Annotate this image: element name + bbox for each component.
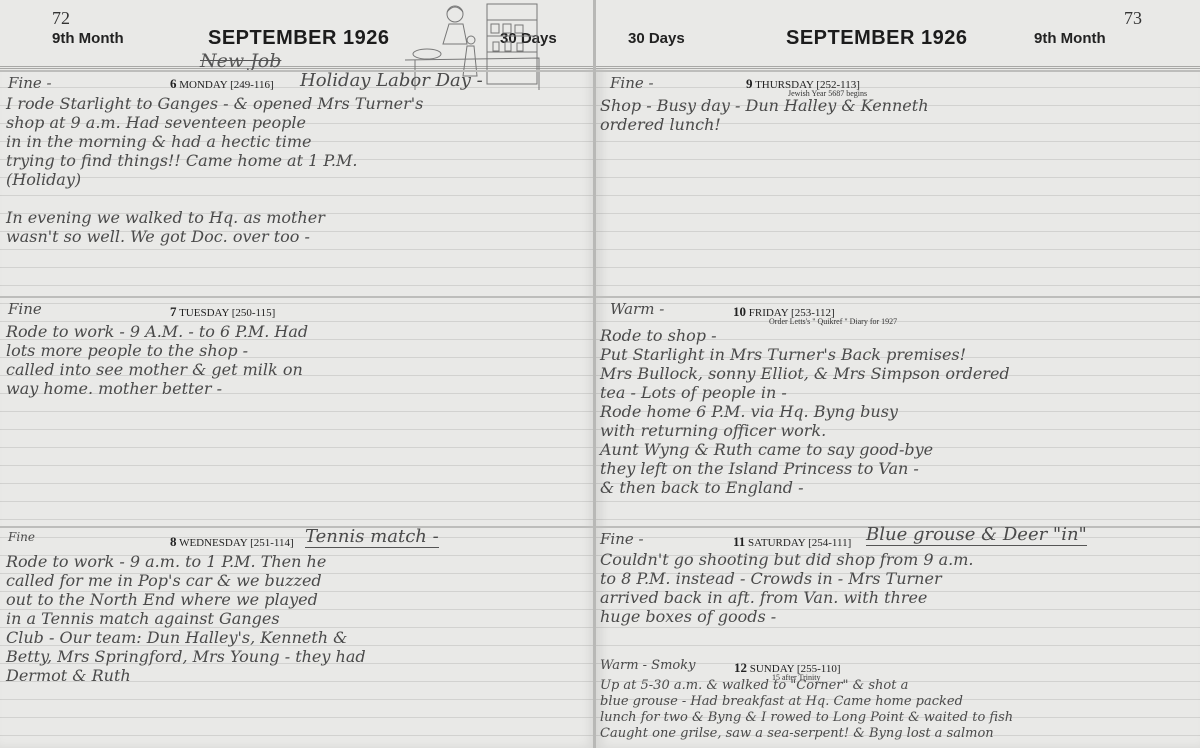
weekday: MONDAY xyxy=(179,79,227,91)
entry-text: Couldn't go shooting but did shop from 9… xyxy=(600,550,1195,626)
page-number: 73 xyxy=(1124,8,1142,29)
day-number: 12 xyxy=(734,660,747,675)
diary-entry-wednesday: Fine 8 WEDNESDAY [251-114] Tennis match … xyxy=(0,526,596,748)
month-label: 9th Month xyxy=(52,30,124,47)
day-number: 10 xyxy=(733,304,746,319)
weather-note: Fine - xyxy=(610,74,654,92)
day-count: [251-114] xyxy=(250,537,294,549)
day-heading: 7 TUESDAY [250-115] xyxy=(170,304,275,320)
page-title: SEPTEMBER 1926 xyxy=(208,27,390,50)
right-page-header: 73 30 Days SEPTEMBER 1926 9th Month xyxy=(596,0,1200,69)
diary-entry-thursday: Fine - 9 THURSDAY [252-113] Jewish Year … xyxy=(596,70,1200,298)
entry-text: I rode Starlight to Ganges - & opened Mr… xyxy=(6,94,591,246)
left-page: 72 9th Month SEPTEMBER 1926 30 Days New … xyxy=(0,0,596,748)
diary-entry-friday: Warm - 10 FRIDAY [253-112] Order Letts's… xyxy=(596,296,1200,524)
weather-note: Warm - Smoky xyxy=(600,658,695,673)
weather-note: Fine - xyxy=(8,74,52,92)
diary-entry-tuesday: Fine 7 TUESDAY [250-115] Rode to work - … xyxy=(0,296,596,524)
days-label: 30 Days xyxy=(628,30,685,47)
day-number: 11 xyxy=(733,534,745,549)
entry-text: Rode to work - 9 A.M. - to 6 P.M. Had lo… xyxy=(6,322,591,398)
weather-note: Fine xyxy=(8,530,35,544)
weather-note: Warm - xyxy=(610,300,664,318)
weekday: SATURDAY xyxy=(748,537,805,549)
weekday: WEDNESDAY xyxy=(179,537,247,549)
month-label: 9th Month xyxy=(1034,30,1106,47)
day-number: 9 xyxy=(746,76,753,91)
day-number: 8 xyxy=(170,534,177,549)
diary-entry-monday: Fine - 6 MONDAY [249-116] Holiday Labor … xyxy=(0,70,596,298)
weekday: TUESDAY xyxy=(179,307,229,319)
entry-annotation: Tennis match - xyxy=(305,526,439,548)
page-number: 72 xyxy=(52,8,70,29)
entry-annotation: Holiday Labor Day - xyxy=(300,70,483,91)
diary-entry-saturday: Fine - 11 SATURDAY [254-111] Blue grouse… xyxy=(596,526,1200,658)
entry-text: Up at 5-30 a.m. & walked to "Corner" & s… xyxy=(600,678,1195,742)
day-note: Order Letts's " Quikref " Diary for 1927 xyxy=(769,317,897,326)
page-title: SEPTEMBER 1926 xyxy=(786,27,968,50)
weather-note: Fine xyxy=(8,300,42,318)
entry-annotation: Blue grouse & Deer "in" xyxy=(866,524,1087,546)
day-heading: 11 SATURDAY [254-111] xyxy=(733,534,851,550)
day-heading: 8 WEDNESDAY [251-114] xyxy=(170,534,294,550)
weather-note: Fine - xyxy=(600,530,644,548)
header-annotation: New Job xyxy=(200,50,281,72)
diary-entry-sunday: Warm - Smoky 12 SUNDAY [255-110] 15 afte… xyxy=(596,656,1200,748)
day-count: [249-116] xyxy=(230,79,274,91)
entry-text: Rode to work - 9 a.m. to 1 P.M. Then he … xyxy=(6,552,591,685)
day-number: 6 xyxy=(170,76,177,91)
day-heading: 6 MONDAY [249-116] xyxy=(170,76,274,92)
right-page: 73 30 Days SEPTEMBER 1926 9th Month Fine… xyxy=(596,0,1200,748)
entry-text: Rode to shop - Put Starlight in Mrs Turn… xyxy=(600,326,1195,497)
entry-text: Shop - Busy day - Dun Halley & Kenneth o… xyxy=(600,96,1195,134)
day-count: [254-111] xyxy=(808,537,851,549)
diary-spread: 72 9th Month SEPTEMBER 1926 30 Days New … xyxy=(0,0,1200,748)
day-number: 7 xyxy=(170,304,177,319)
day-count: [250-115] xyxy=(232,307,276,319)
